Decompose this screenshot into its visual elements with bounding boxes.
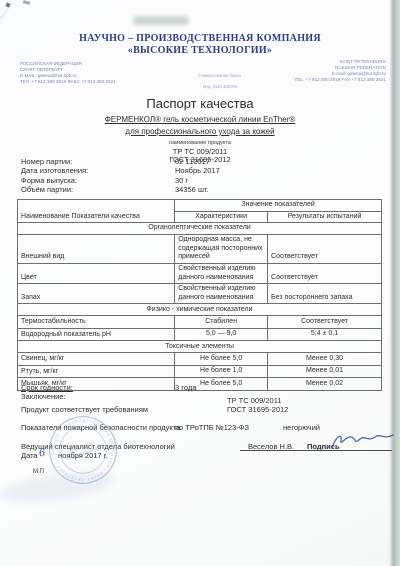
table-header-results: Результаты испытаний xyxy=(268,211,382,223)
row-characteristic: Стабилен xyxy=(175,316,268,329)
row-parameter-name: Водородный показатель pH xyxy=(18,328,175,341)
scanned-quality-certificate: НАУЧНО – ПРОИЗВОДСТВЕННАЯ КОМПАНИЯ «ВЫСО… xyxy=(0,0,400,566)
fire-safety-basis: по ТРоТПБ №123-ФЗ xyxy=(175,423,249,432)
table-row: ЗапахСвойственный изделию данного наимен… xyxy=(18,284,382,304)
table-row: Ртуть, мг/кгНе более 1,0Менее 0,01 xyxy=(18,365,382,378)
company-round-stamp: • НАУЧНО-ПРОИЗВОДСТВЕННАЯ КОМПАНИЯ • САН… xyxy=(46,413,120,487)
row-characteristic: 5,0 — 9,0 xyxy=(175,328,268,341)
handwritten-date-day: 6 xyxy=(38,448,46,460)
row-characteristic: Свойственный изделию данного наименовани… xyxy=(175,284,268,304)
center-note-line: Наименование банка xyxy=(165,73,275,79)
row-parameter-name: Внешний вид xyxy=(18,235,175,264)
scan-edge-shadow xyxy=(389,0,400,566)
row-parameter-name: Цвет xyxy=(18,263,175,283)
table-row: Водородный показатель pH5,0 — 9,05,4 ± 0… xyxy=(18,328,382,341)
row-characteristic: Не более 5,0 xyxy=(175,353,268,366)
company-name-line2: «ВЫСОКИЕ ТЕХНОЛОГИИ» xyxy=(0,45,400,57)
row-result: Без постороннего запаха xyxy=(268,284,382,304)
header-center-note: Наименование банка инд. 0123 456789 xyxy=(165,73,275,90)
batch-field-row: Дата изготовления:Ноябрь 2017 xyxy=(0,166,400,175)
field-label: Объём партии: xyxy=(21,185,73,194)
address-block-en: SAINT-PETERSBURG RUSSIAN FEDERATION E-ma… xyxy=(295,59,386,83)
table-section-label: Физико - химические показатели xyxy=(18,304,382,316)
field-label: Дата изготовления: xyxy=(21,166,88,175)
batch-field-row: Номер партии:02 112017 xyxy=(0,157,400,166)
company-name: НАУЧНО – ПРОИЗВОДСТВЕННАЯ КОМПАНИЯ «ВЫСО… xyxy=(0,33,400,56)
row-result: Соответствует xyxy=(268,235,382,264)
center-note-line: инд. 0123 456789 xyxy=(165,84,275,90)
field-value: 34356 шт. xyxy=(175,185,209,194)
field-label: Форма выпуска: xyxy=(21,176,77,185)
batch-field-row: Объём партии:34356 шт. xyxy=(0,185,400,194)
table-row: Органолептические показатели xyxy=(18,223,382,235)
row-result: Соответствует xyxy=(268,316,382,329)
table-header-values-group: Значение показателей xyxy=(175,200,382,212)
row-result: Менее 0,30 xyxy=(268,353,382,366)
conclusion-label: Заключение: xyxy=(21,392,66,401)
shelf-life-label: Срок годности: xyxy=(21,383,73,392)
table-header-characteristics: Характеристики xyxy=(175,211,268,223)
table-row: ЦветСвойственный изделию данного наимено… xyxy=(18,263,382,283)
table-row: Физико - химические показатели xyxy=(18,304,382,316)
row-parameter-name: Запах xyxy=(18,284,175,304)
conclusion-regulations: ТР ТС 009/2011 ГОСТ 31695-2012 xyxy=(227,397,288,415)
batch-fields: Номер партии:02 112017Дата изготовления:… xyxy=(0,157,400,194)
row-parameter-name: Свинец, мг/кг xyxy=(18,353,175,366)
field-value: 02 112017 xyxy=(175,157,210,166)
batch-field-row: Форма выпуска:30 г xyxy=(0,176,400,185)
table-section-label: Органолептические показатели xyxy=(18,223,382,235)
shelf-life-value: 3 года xyxy=(175,383,196,392)
address-block-ru: РОССИЙСКАЯ ФЕДЕРАЦИЯ САНКТ-ПЕТЕРБУРГ E-M… xyxy=(20,61,116,85)
row-result: Соответствует xyxy=(268,263,382,283)
table-row: Свинец, мг/кгНе более 5,0Менее 0,30 xyxy=(18,353,382,366)
field-value: Ноябрь 2017 xyxy=(175,166,220,175)
company-logo-blurred xyxy=(133,16,189,25)
fire-safety-value: негорючий xyxy=(283,423,320,432)
quality-table-body: Органолептические показателиВнешний видО… xyxy=(18,223,382,391)
address-line: TEL. +7 812 380 2919 FAX +7 812 380 2521 xyxy=(295,77,386,83)
field-value: 30 г xyxy=(175,176,188,185)
scan-artifact xyxy=(5,2,10,7)
row-characteristic: Однородная масса, не содержащая посторон… xyxy=(175,235,268,264)
stamp-place-label: М.П xyxy=(33,469,44,475)
product-name-line1: ФЕРМЕНКОЛ® гель косметической линии EnTh… xyxy=(0,114,400,126)
company-name-line1: НАУЧНО – ПРОИЗВОДСТВЕННАЯ КОМПАНИЯ xyxy=(0,33,400,45)
table-row: Внешний видОднородная масса, не содержащ… xyxy=(18,235,382,264)
row-result: 5,4 ± 0,1 xyxy=(268,328,382,341)
row-parameter-name: Термостабильность xyxy=(18,316,175,329)
conclusion-reg-gost: ГОСТ 31695-2012 xyxy=(227,406,288,415)
row-characteristic: Не более 1,0 xyxy=(175,365,268,378)
address-line: ТЕЛ. +7 812 380 2919 ФАКС +7 812 380 252… xyxy=(20,79,116,85)
field-label: Номер партии: xyxy=(21,157,72,166)
scan-artifact xyxy=(23,0,31,5)
product-caption: наименование продукта xyxy=(0,139,400,147)
quality-table-wrap: Наименование Показатели качества Значени… xyxy=(17,199,382,391)
table-header-name: Наименование Показатели качества xyxy=(18,200,175,223)
row-result: Менее 0,01 xyxy=(268,365,382,378)
row-parameter-name: Ртуть, мг/кг xyxy=(18,365,175,378)
quality-table: Наименование Показатели качества Значени… xyxy=(17,199,382,391)
product-name-line2: для профессионального ухода за кожей xyxy=(0,126,400,138)
row-characteristic: Свойственный изделию данного наименовани… xyxy=(175,263,268,283)
handwritten-signature xyxy=(328,429,398,455)
row-result: Менее 0,02 xyxy=(268,378,382,391)
table-section-label: Токсичные элементы xyxy=(18,341,382,353)
table-row: Токсичные элементы xyxy=(18,341,382,353)
document-title: Паспорт качества xyxy=(0,96,400,111)
table-row: ТермостабильностьСтабиленСоответствует xyxy=(18,316,382,329)
date-label: Дата xyxy=(21,451,38,460)
